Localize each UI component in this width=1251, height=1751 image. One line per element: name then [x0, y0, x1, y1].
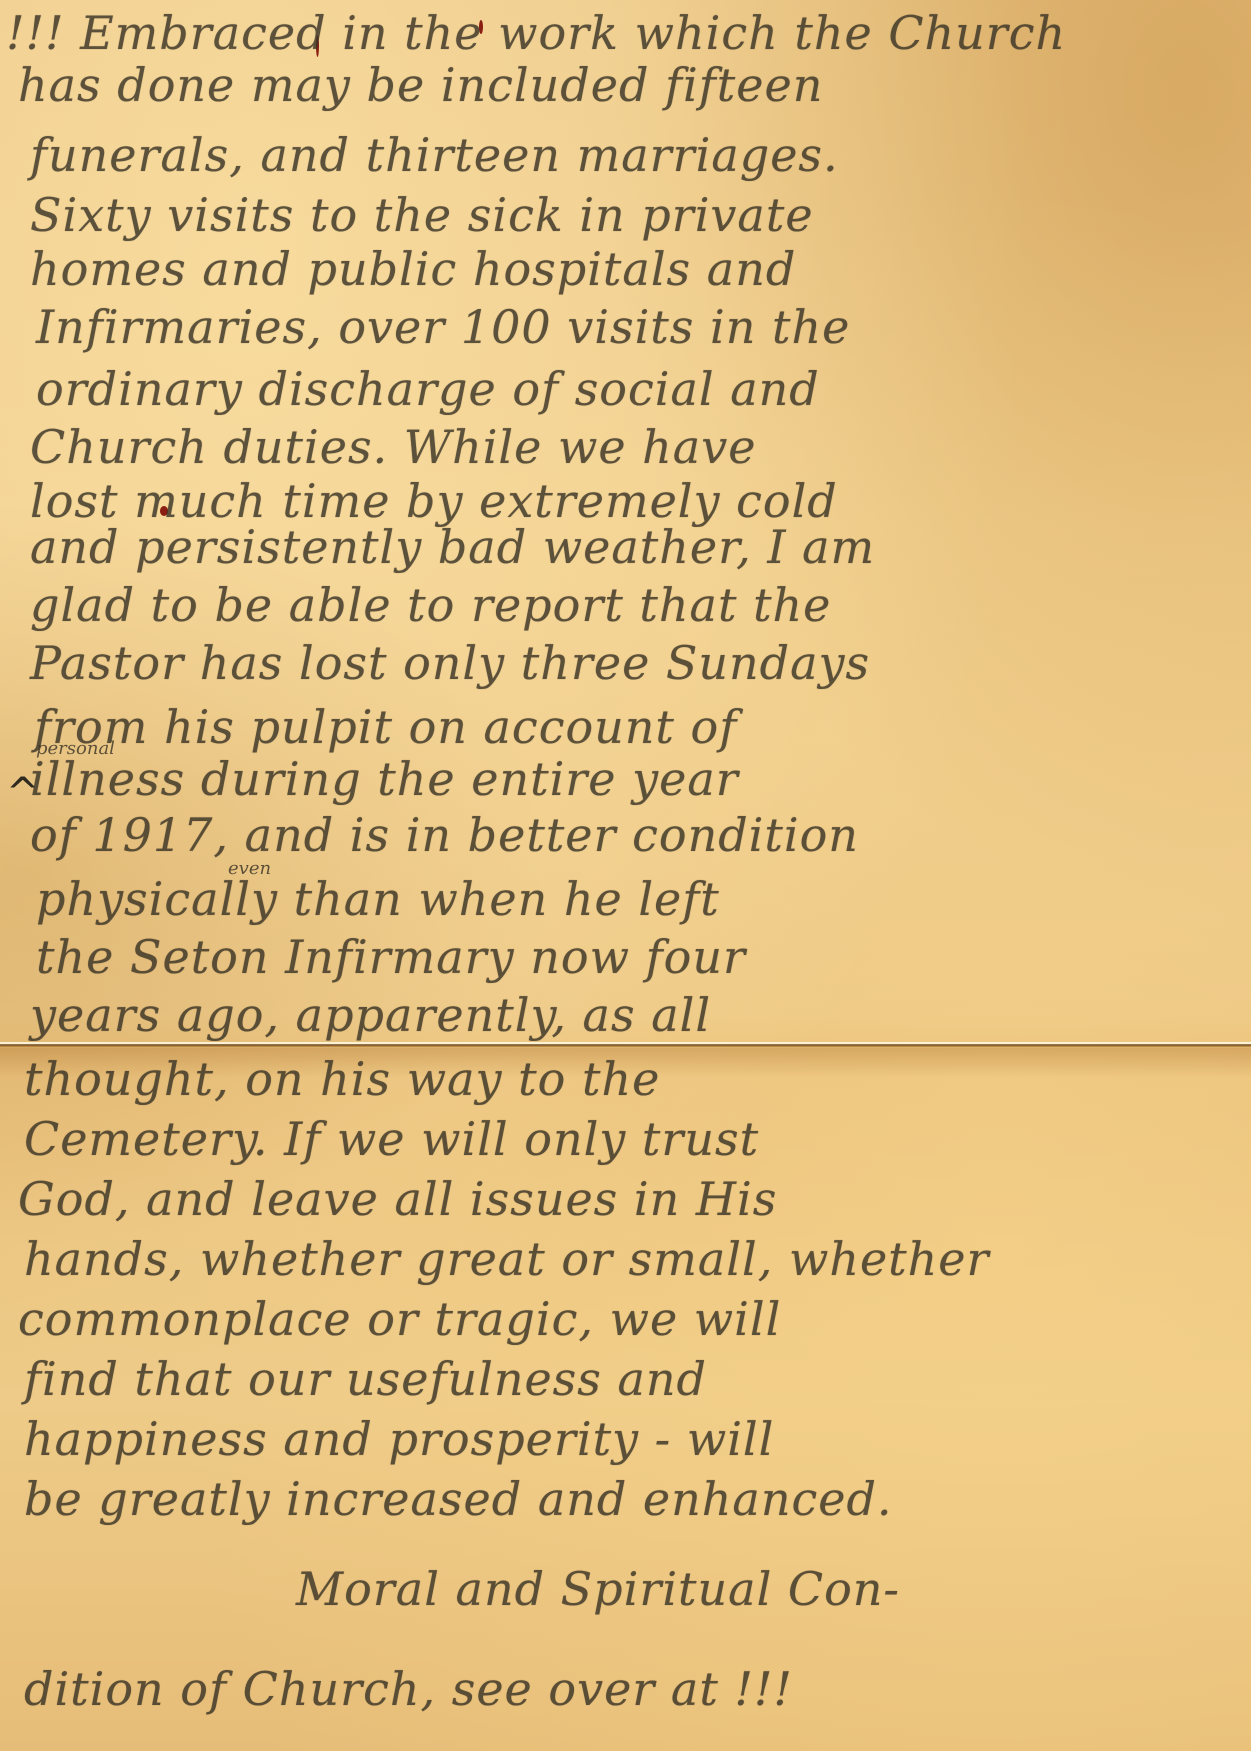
text-line-23: commonplace or tragic, we will	[18, 1292, 781, 1346]
text-line-12: Pastor has lost only three Sundays	[30, 636, 870, 690]
text-line-25: happiness and prosperity - will	[24, 1412, 774, 1466]
text-line-26: be greatly increased and enhanced.	[24, 1472, 893, 1526]
paper-fold-line	[0, 1042, 1251, 1048]
text-line-8: Church duties. While we have	[30, 420, 756, 474]
text-line-16: physically than when he left	[36, 872, 720, 926]
text-line-14: illness during the entire year	[30, 752, 739, 806]
text-line-18: years ago, apparently, as all	[30, 988, 711, 1042]
text-line-2: has done may be included fifteen	[18, 58, 823, 112]
text-line-22: hands, whether great or small, whether	[24, 1232, 990, 1286]
text-line-10: and persistently bad weather, I am	[30, 520, 875, 574]
text-line-13: from his pulpit on account of	[34, 700, 737, 754]
text-line-27: Moral and Spiritual Con-	[296, 1562, 900, 1616]
text-line-7: ordinary discharge of social and	[36, 362, 820, 416]
text-line-15: of 1917, and is in better condition	[30, 808, 859, 862]
text-line-28: dition of Church, see over at !!!	[24, 1662, 793, 1716]
text-line-11: glad to be able to report that the	[30, 578, 831, 632]
text-line-21: God, and leave all issues in His	[18, 1172, 777, 1226]
text-line-5: homes and public hospitals and	[30, 242, 796, 296]
text-line-4: Sixty visits to the sick in private	[30, 188, 814, 242]
text-line-3: funerals, and thirteen marriages.	[30, 128, 839, 182]
text-line-24: find that our usefulness and	[24, 1352, 707, 1406]
text-line-6: Infirmaries, over 100 visits in the	[36, 300, 850, 354]
letter-page: !!! Embraced in the work which the Churc…	[0, 0, 1251, 1751]
text-line-1: !!! Embraced in the work which the Churc…	[6, 6, 1066, 60]
text-line-20: Cemetery. If we will only trust	[24, 1112, 759, 1166]
text-line-19: thought, on his way to the	[24, 1052, 660, 1106]
text-line-17: the Seton Infirmary now four	[36, 930, 746, 984]
